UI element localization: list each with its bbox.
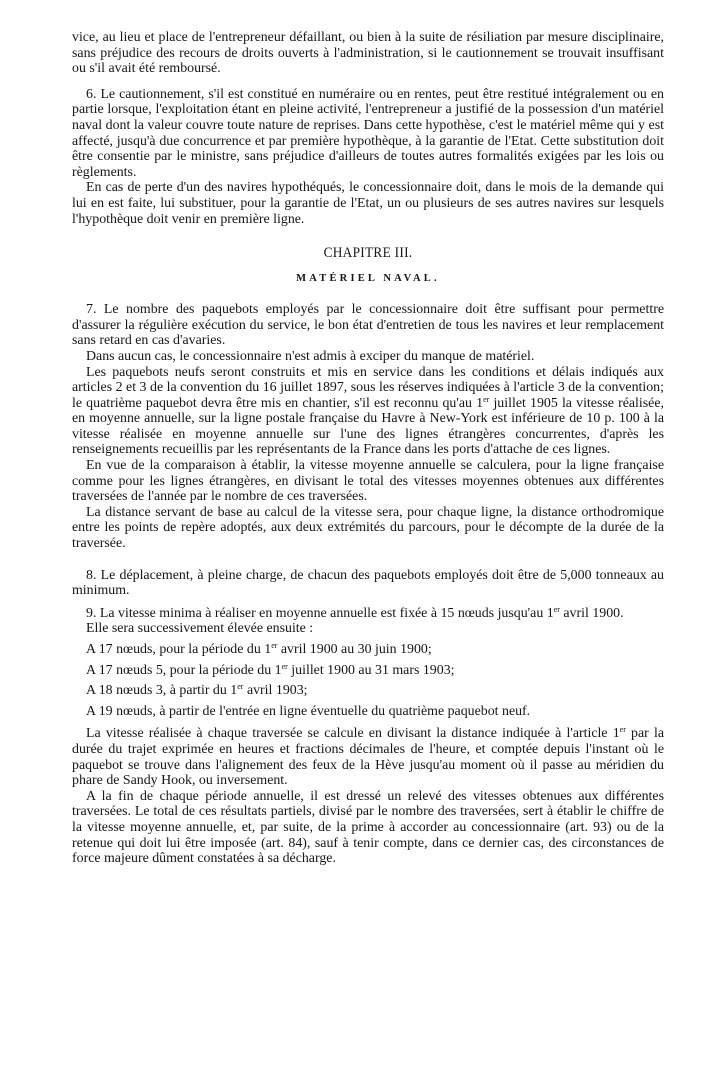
text-run: avril 1900 au 30 juin 1900; (277, 642, 431, 657)
speed-list-item: A 17 nœuds, pour la période du 1er avril… (72, 642, 664, 658)
article-6-paragraph: 6. Le cautionnement, s'il est constitué … (72, 87, 664, 181)
chapter-title: CHAPITRE III. (96, 244, 641, 262)
text-run: juillet 1900 au 31 mars 1903; (288, 663, 455, 678)
text-run: A 19 nœuds, à partir de l'entrée en lign… (86, 704, 530, 719)
article-6-paragraph-2: En cas de perte d'un des navires hypothé… (72, 180, 664, 227)
text-run: A 18 nœuds 3, à partir du 1 (86, 683, 237, 698)
speed-list-item: A 19 nœuds, à partir de l'entrée en lign… (72, 704, 664, 720)
article-9-paragraph-4: A la fin de chaque période annuelle, il … (72, 789, 664, 867)
article-7-paragraph-2: Dans aucun cas, le concessionnaire n'est… (72, 349, 664, 365)
continuation-paragraph: vice, au lieu et place de l'entrepreneur… (72, 30, 664, 77)
article-8-paragraph: 8. Le déplacement, à pleine charge, de c… (72, 568, 664, 599)
text-run: avril 1903; (243, 683, 307, 698)
text-run: A 17 nœuds 5, pour la période du 1 (86, 663, 282, 678)
article-7-paragraph-3: Les paquebots neufs seront construits et… (72, 365, 664, 459)
text-run: La vitesse réalisée à chaque traversée s… (86, 726, 620, 741)
text-run: A 17 nœuds, pour la période du 1 (86, 642, 271, 657)
article-7-paragraph-4: En vue de la comparaison à établir, la v… (72, 458, 664, 505)
article-9-paragraph: 9. La vitesse minima à réaliser en moyen… (72, 606, 664, 622)
article-7-paragraph: 7. Le nombre des paquebots employés par … (72, 302, 664, 349)
speed-list-item: A 17 nœuds 5, pour la période du 1er jui… (72, 663, 664, 679)
text-run: 9. La vitesse minima à réaliser en moyen… (86, 606, 554, 621)
article-9-paragraph-2: Elle sera successivement élevée ensuite … (72, 621, 664, 637)
chapter-subtitle: MATÉRIEL NAVAL. (72, 272, 664, 286)
article-7-paragraph-5: La distance servant de base au calcul de… (72, 505, 664, 552)
text-run: avril 1900. (560, 606, 624, 621)
article-9-paragraph-3: La vitesse réalisée à chaque traversée s… (72, 726, 664, 788)
document-page: vice, au lieu et place de l'entrepreneur… (72, 30, 664, 867)
speed-list-item: A 18 nœuds 3, à partir du 1er avril 1903… (72, 683, 664, 699)
